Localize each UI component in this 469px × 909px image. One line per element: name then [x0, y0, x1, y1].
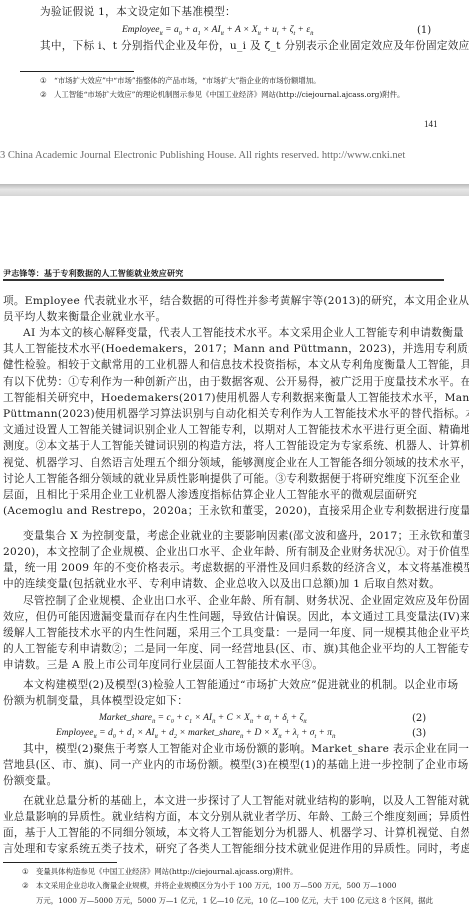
body-text-line: 尽管控制了企业规模、企业出口水平、企业年龄、所有制、财务状况、企业固定效应及年份…	[23, 594, 465, 608]
footnote: ②人工智能“市场扩大效应”的理论机制图示参见《中国工业经济》网站(http://…	[40, 89, 404, 100]
body-text-line: 工智能相关研究中，Hoedemakers(2017)使用机器人专利数据来衡量人工…	[3, 391, 445, 405]
body-text-line: 其中，模型(2)聚焦于考察人工智能对企业市场份额的影响。Market_share…	[23, 742, 465, 756]
footnote-separator	[20, 71, 134, 72]
running-head: 尹志锋等：基于专利数据的人工智能就业效应研究	[3, 268, 183, 279]
page-number: 141	[424, 119, 438, 129]
body-text-line: 为验证假说 1，本文设定如下基准模型：	[40, 5, 236, 19]
body-text-line: 量，统一用 2009 年的不变价格表示。考虑数据的平滑性及回归系数的经济含义，本…	[3, 561, 445, 575]
footnote: ①“市场扩大效应”中“市场”指整体的产品市场，“市场扩大”指企业的市场份额增加。	[40, 75, 321, 86]
body-text-line: 份额为机制变量，具体模型设定如下：	[3, 694, 445, 708]
body-text-line: 业总量影响的异质性。就业结构方面，本文分别从就业者学历、年龄、工龄三个维度刻画；…	[3, 810, 445, 824]
body-text-line: 营地县(区、市、旗)、同一产业内的市场份额。模型(3)在模型(1)的基础上进一步…	[3, 758, 445, 772]
body-text-line: 在就业总量分析的基础上，本文进一步探讨了人工智能对就业结构的影响，以及人工智能对…	[23, 794, 465, 808]
body-text-line: 有以下优势：①专利作为一种创新产出，由于数据客观、公开易得，被广泛用于度量技术水…	[3, 375, 445, 389]
document-page-141: 为验证假说 1，本文设定如下基准模型： Employeeit = a0 + a1…	[0, 0, 469, 184]
footnote-continuation: 万元，1000 万—5000 万元，5000 万—1 亿元，1 亿—10 亿元，…	[36, 895, 433, 906]
body-text-line: 其人工智能技术水平(Hoedemakers，2017；Mann and Pütt…	[3, 342, 445, 356]
page-separator	[0, 184, 469, 196]
equation-1-number: (1)	[417, 24, 431, 37]
body-text-line: 员平均人数来衡量企业就业水平。	[3, 310, 445, 324]
body-text-line: (Acemoglu and Restrepo，2020a；王永钦和董雯，2020…	[3, 504, 445, 518]
body-text-line: 层面，且相比于采用企业工业机器人渗透度指标估算企业人工智能水平的微观层面研究	[3, 488, 445, 502]
body-text-line: 缓解人工智能技术水平的内生性问题，采用三个工具变量：一是同一年度、同一规模其他企…	[3, 626, 445, 640]
body-text-line: 申请数。三是 A 股上市公司年度同行业层面人工智能技术水平③。	[3, 658, 445, 672]
equation-2-number: (2)	[412, 712, 426, 725]
body-text-line: 讨论人工智能各细分领域的就业异质性影响提供了可能。③专利数据便于将研究维度下沉至…	[3, 472, 445, 486]
body-text-line: 的人工智能专利申请数②；二是同一年度、同一经营地县(区、市、旗)其他企业平均的人…	[3, 642, 445, 656]
body-text-line: 视觉、机器学习、自然语言处理五个细分领域，能够测度企业在人工智能各细分领域的技术…	[3, 456, 445, 470]
body-text-line: 份额变量。	[3, 774, 445, 788]
equation-3-number: (3)	[412, 727, 426, 740]
body-text-line: 其中，下标 i、t 分别指代企业及年份，u_i 及 ζ_t 分别表示企业固定效应…	[40, 39, 469, 53]
body-text-line: Püttmann(2023)使用机器学习算法识别与自动化相关专利作为人工智能技术…	[3, 407, 445, 421]
body-text-line: AI 为本文的核心解释变量，代表人工智能技术水平。本文采用企业人工智能专利申请数…	[23, 326, 465, 340]
body-text-line: 2020)，本文控制了企业规模、企业出口水平、企业年龄、所有制及企业财务状况①。…	[3, 545, 445, 559]
body-text-line: 变量集合 X 为控制变量，考虑企业就业的主要影响因素(邵文波和盛丹，2017；王…	[23, 529, 465, 543]
footnote-separator	[3, 862, 117, 863]
body-text-line: 效应，但仍可能因遗漏变量而存在内生性问题，导致估计偏误。因此，本文通过工具变量法…	[3, 610, 445, 624]
body-text-line: 言处理和专家系统五类子技术，研究了各类人工智能细分技术就业促进作用的异质性。同时…	[3, 842, 445, 856]
body-text-line: 健性检验。相较于文献常用的工业机器人和信息技术投资指标，本文从专利角度衡量人工智…	[3, 358, 445, 372]
body-text-line: 面，基于人工智能的不同细分领域，本文将人工智能划分为机器人、机器学习、计算机视觉…	[3, 826, 445, 840]
body-text-line: 本文构建模型(2)及模型(3)检验人工智能通过“市场扩大效应”促进就业的机制。以…	[23, 678, 465, 692]
body-text-line: 项。Employee 代表就业水平，结合数据的可得性并参考黄解宇等(2013)的…	[3, 294, 445, 308]
copyright-notice: 3 China Academic Journal Electronic Publ…	[0, 150, 405, 161]
footnote: ①变量具体构造参见《中国工业经济》网站(http://ciejournal.aj…	[22, 866, 298, 877]
header-rule	[3, 279, 444, 281]
body-text-line: 中的连续变量(包括就业水平、专利申请数、企业总收入以及出口总额)加 1 后取自然…	[3, 577, 445, 591]
body-text-line: 文通过设置人工智能关键词识别企业人工智能专利，以期对人工智能技术水平进行更全面、…	[3, 423, 445, 437]
footnote: ②本文采用企业总收入衡量企业规模，并将企业规模区分为小于 100 万元，100 …	[22, 880, 396, 891]
body-text-line: 测度。②本文基于人工智能关键词识别的构造方法，将人工智能设定为专家系统、机器人、…	[3, 439, 445, 453]
